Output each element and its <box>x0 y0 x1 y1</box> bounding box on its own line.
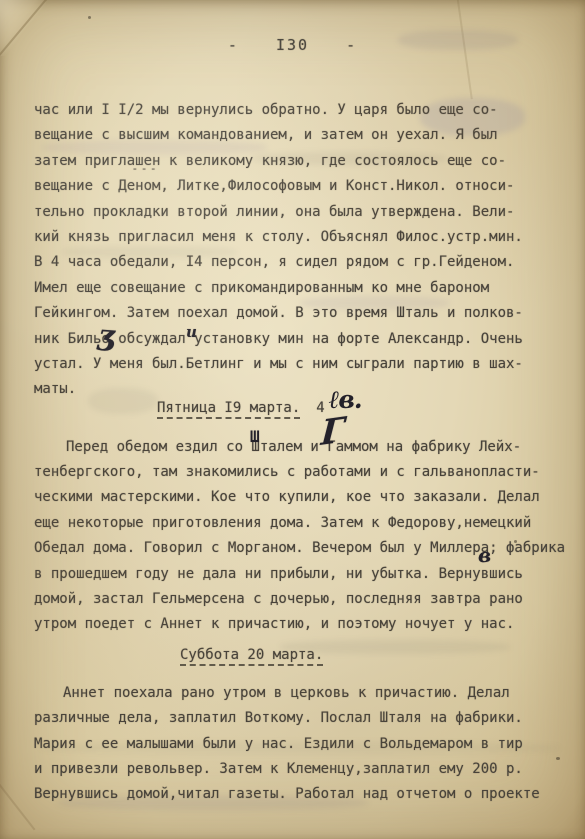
text-line: вещание с высшим командованием, и затем … <box>34 123 574 148</box>
text-line: Гейкингом. Затем поехал домой. В это вре… <box>34 301 574 326</box>
heading-suffix: 4 <box>316 400 324 416</box>
text-line: ческими мастерскими. Кое что купили, кое… <box>34 485 574 510</box>
text-line: кий князь пригласил меня к столу. Объясн… <box>34 225 574 250</box>
page-number: - I30 - <box>0 36 585 54</box>
text-line: утром поедет с Аннет к причастию, и поэт… <box>34 612 574 637</box>
handwritten-time-note: ℓв. <box>329 385 362 414</box>
text-line: в прошедшем году не дала ни прибыли, ни … <box>34 562 574 587</box>
bottom-fold-crease <box>0 783 35 830</box>
ink-speck <box>88 16 91 19</box>
text-line: затем приглашен к великому князю, где со… <box>34 149 574 174</box>
text-line: В 4 часа обедали, I4 персон, я сидел ряд… <box>34 250 574 275</box>
date-heading-text: Пятница I9 марта. <box>157 400 300 419</box>
text-line: Аннет поехала рано утром в церковь к при… <box>34 681 574 706</box>
date-heading: Суббота 20 марта. <box>180 643 574 668</box>
text-line: Вернувшись домой,читал газеты. Работал н… <box>34 782 574 807</box>
text-line: Имел еще совещание с прикомандированным … <box>34 276 574 301</box>
text-line: устал. У меня был.Бетлинг и мы с ним сыг… <box>34 352 574 377</box>
text-line: еще некоторые приготовления дома. Затем … <box>34 511 574 536</box>
text-line: Обедал дома. Говорил с Морганом. Вечером… <box>34 536 574 561</box>
document-page: - I30 - час или I I/2 мы вернулись обрат… <box>0 0 585 839</box>
date-heading: Пятница I9 марта.4ℓв. <box>157 391 574 421</box>
text-line: различные дела, заплатил Воткому. Послал… <box>34 706 574 731</box>
diary-paragraph: час или I I/2 мы вернулись обратно. У ца… <box>34 98 574 403</box>
typed-text-area: час или I I/2 мы вернулись обратно. У ца… <box>34 98 574 808</box>
text-line: и привезли револьвер. Затем к Клеменцу,з… <box>34 757 574 782</box>
text-line: ник Бильо обсуждал установку мин на форт… <box>34 327 574 352</box>
diary-paragraph: Перед обедом ездил со Шталем и Гаммом на… <box>34 435 574 638</box>
diary-paragraph: Аннет поехала рано утром в церковь к при… <box>34 681 574 808</box>
text-line: час или I I/2 мы вернулись обратно. У ца… <box>34 98 574 123</box>
text-line: Перед обедом ездил со Шталем и Гаммом на… <box>34 435 574 460</box>
date-heading-text: Суббота 20 марта. <box>180 647 323 666</box>
text-line: вещание с Деном, Литке,Философовым и Кон… <box>34 174 574 199</box>
text-line: Мария с ее малышами были у нас. Ездили с… <box>34 732 574 757</box>
text-line: тенбергского, там знакомились с работами… <box>34 460 574 485</box>
text-line: тельно прокладки второй линии, она была … <box>34 200 574 225</box>
text-line: домой, застал Гельмерсена с дочерью, пос… <box>34 587 574 612</box>
